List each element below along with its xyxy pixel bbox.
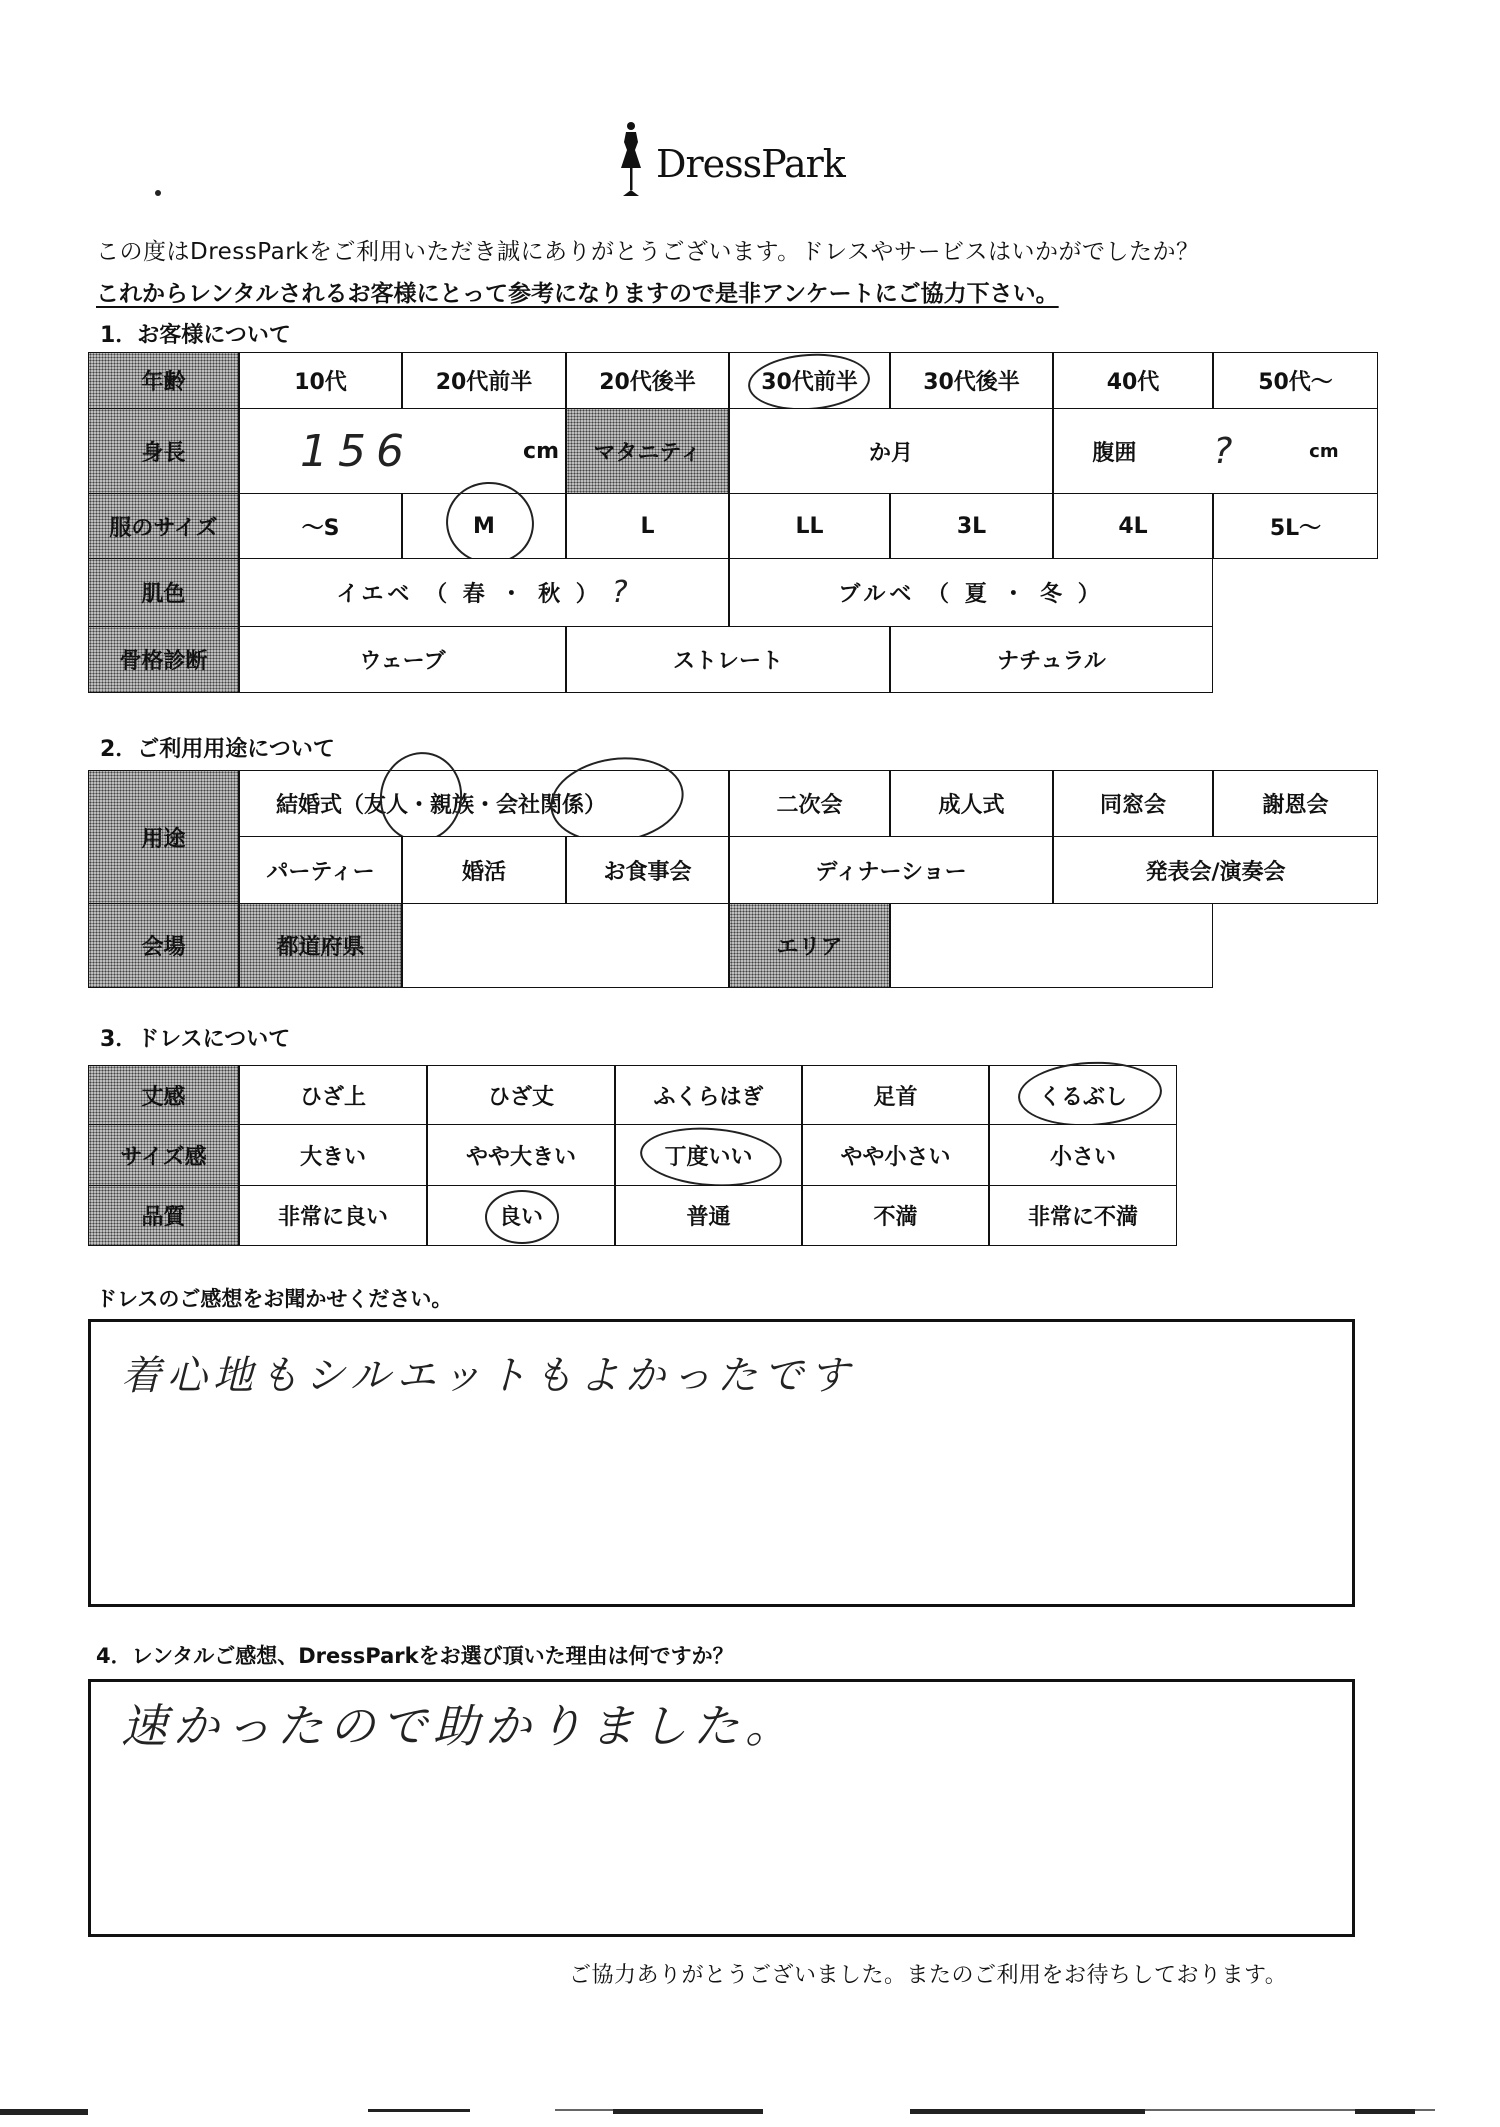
intro-text: この度はDressParkをご利用いただき誠にありがとうございます。ドレスやサー… [96, 233, 1199, 266]
body-type-option[interactable]: ナチュラル [890, 626, 1213, 693]
age-option[interactable]: 20代後半 [566, 352, 729, 409]
quality-option[interactable]: 非常に不満 [989, 1185, 1177, 1246]
length-option[interactable]: ひざ上 [239, 1065, 427, 1125]
scan-line [910, 2109, 1145, 2114]
purpose-option[interactable]: 成人式 [890, 770, 1053, 837]
intro-request-text: これからレンタルされるお客様にとって参考になりますので是非アンケートにご協力下さ… [96, 275, 1059, 308]
venue-label: 会場 [88, 903, 239, 988]
age-option[interactable]: 30代後半 [890, 352, 1053, 409]
age-label: 年齢 [88, 352, 239, 409]
length-option-selected[interactable]: くるぶし [989, 1065, 1177, 1125]
scan-dot [155, 190, 161, 196]
size-option-selected[interactable]: M [402, 493, 566, 559]
section2-title: 2．ご利用用途について [100, 732, 335, 763]
purpose-label: 用途 [88, 770, 239, 904]
size-option[interactable]: LL [729, 493, 890, 559]
size-option[interactable]: 〜S [239, 493, 402, 559]
size-option[interactable]: L [566, 493, 729, 559]
dress-form-icon [614, 120, 648, 200]
fit-option-selected[interactable]: 丁度いい [615, 1124, 802, 1186]
wedding-close-text: ） [584, 788, 606, 819]
body-type-option[interactable]: ウェーブ [239, 626, 566, 693]
purpose-option[interactable]: 同窓会 [1053, 770, 1213, 837]
height-label: 身長 [88, 408, 239, 494]
months-unit: か月 [869, 436, 913, 467]
age-option[interactable]: 40代 [1053, 352, 1213, 409]
quality-label: 品質 [88, 1185, 239, 1246]
logo-text: DressPark [656, 142, 845, 186]
dresspark-logo: DressPark [614, 120, 854, 200]
length-option[interactable]: ふくらはぎ [615, 1065, 802, 1125]
height-value: 156 [300, 426, 414, 477]
rental-comment-box[interactable]: 速かったので助かりました。 [88, 1679, 1355, 1937]
quality-option[interactable]: 普通 [615, 1185, 802, 1246]
scan-line [1355, 2109, 1415, 2114]
dress-comment-prompt: ドレスのご感想をお聞かせください。 [96, 1283, 452, 1313]
maternity-label: マタニティ [566, 408, 729, 494]
section4-title: 4．レンタルご感想、DressParkをお選び頂いた理由は何ですか？ [96, 1640, 734, 1670]
blue-base-option[interactable]: ブルベ （ 夏 ・ 冬 ） [729, 558, 1213, 627]
size-option[interactable]: 4L [1053, 493, 1213, 559]
fit-option[interactable]: 小さい [989, 1124, 1177, 1186]
fit-label: サイズ感 [88, 1124, 239, 1186]
size-label: 服のサイズ [88, 493, 239, 559]
yellow-base-note: ? [612, 575, 632, 610]
maternity-months-field[interactable]: か月 [729, 408, 1053, 494]
length-option[interactable]: ひざ丈 [427, 1065, 615, 1125]
area-field[interactable] [890, 903, 1213, 988]
wedding-relatives-text: ・親族・ [408, 788, 496, 819]
waist-field[interactable]: 腹囲 ? cm [1053, 408, 1378, 494]
size-option[interactable]: 3L [890, 493, 1053, 559]
age-option-selected[interactable]: 30代前半 [729, 352, 890, 409]
wedding-text: 結婚式（ [276, 788, 364, 819]
purpose-option[interactable]: ディナーショー [729, 836, 1053, 904]
prefecture-field[interactable] [402, 903, 729, 988]
dress-comment-box[interactable]: 着心地もシルエットもよかったです [88, 1319, 1355, 1607]
body-type-label: 骨格診断 [88, 626, 239, 693]
fit-option[interactable]: 大きい [239, 1124, 427, 1186]
rental-comment-text: 速かったので助かりました。 [121, 1690, 797, 1756]
length-label: 丈感 [88, 1065, 239, 1125]
quality-option[interactable]: 不満 [802, 1185, 989, 1246]
age-option[interactable]: 10代 [239, 352, 402, 409]
purpose-option[interactable]: お食事会 [566, 836, 729, 904]
scan-line [613, 2109, 763, 2114]
quality-option-selected[interactable]: 良い [427, 1185, 615, 1246]
dress-comment-text: 着心地もシルエットもよかったです [121, 1344, 855, 1401]
length-option[interactable]: 足首 [802, 1065, 989, 1125]
purpose-option[interactable]: パーティー [239, 836, 402, 904]
waist-value: ? [1213, 431, 1232, 472]
purpose-option[interactable]: 婚活 [402, 836, 566, 904]
purpose-option[interactable]: 発表会/演奏会 [1053, 836, 1378, 904]
section3-title: 3．ドレスについて [100, 1022, 290, 1053]
age-option[interactable]: 20代前半 [402, 352, 566, 409]
size-option[interactable]: 5L〜 [1213, 493, 1378, 559]
prefecture-label: 都道府県 [239, 903, 402, 988]
wedding-company-text: 会社関係 [496, 788, 584, 819]
scan-line [0, 2109, 88, 2115]
waist-label: 腹囲 [1092, 436, 1136, 467]
purpose-option[interactable]: 二次会 [729, 770, 890, 837]
wedding-friend-option[interactable]: 友人 [364, 788, 408, 819]
fit-option[interactable]: やや大きい [427, 1124, 615, 1186]
wedding-friend-text: 友人 [364, 793, 408, 818]
skin-label: 肌色 [88, 558, 239, 627]
quality-option[interactable]: 非常に良い [239, 1185, 427, 1246]
yellow-base-text: イエベ （ 春 ・ 秋 ） [336, 577, 601, 608]
footer-thanks: ご協力ありがとうございました。またのご利用をお待ちしております。 [569, 1958, 1287, 1989]
body-type-option[interactable]: ストレート [566, 626, 890, 693]
age-option[interactable]: 50代〜 [1213, 352, 1378, 409]
height-field[interactable]: 156 cm [239, 408, 566, 494]
wedding-option[interactable]: 結婚式（ 友人 ・親族・ 会社関係 ） [239, 770, 729, 837]
area-label: エリア [729, 903, 890, 988]
yellow-base-option[interactable]: イエベ （ 春 ・ 秋 ） ? [239, 558, 729, 627]
section1-title: 1．お客様について [100, 318, 291, 349]
waist-unit: cm [1309, 441, 1338, 462]
height-unit: cm [523, 439, 559, 464]
fit-option[interactable]: やや小さい [802, 1124, 989, 1186]
purpose-option[interactable]: 謝恩会 [1213, 770, 1378, 837]
scan-line [368, 2109, 470, 2112]
